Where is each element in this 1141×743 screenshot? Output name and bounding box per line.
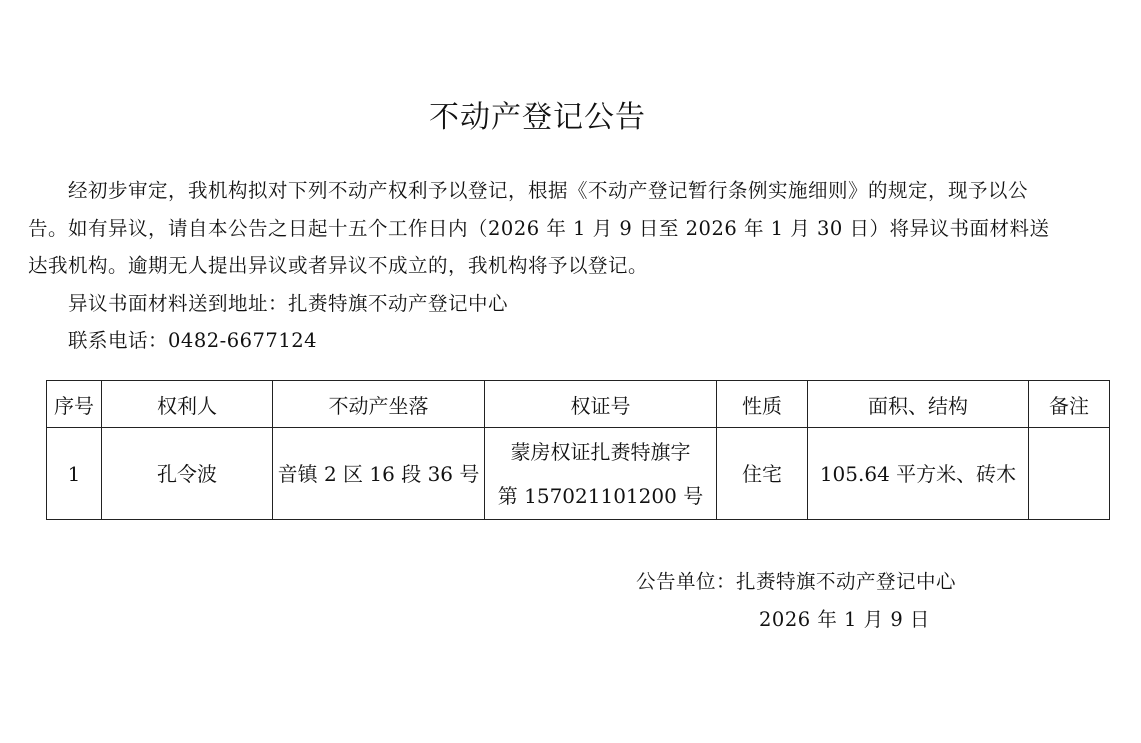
objection-address: 异议书面材料送到地址：扎赉特旗不动产登记中心 (68, 288, 508, 316)
cell-cert-number: 蒙房权证扎赉特旗字 第 157021101200 号 (485, 428, 717, 520)
header-location: 不动产坐落 (273, 381, 485, 428)
cert-line-1: 蒙房权证扎赉特旗字 (485, 430, 716, 474)
table-header-row: 序号 权利人 不动产坐落 权证号 性质 面积、结构 备注 (47, 381, 1110, 428)
issue-date: 2026 年 1 月 9 日 (759, 604, 930, 632)
header-cert-number: 权证号 (485, 381, 717, 428)
header-owner: 权利人 (102, 381, 273, 428)
cell-index: 1 (47, 428, 102, 520)
registration-table: 序号 权利人 不动产坐落 权证号 性质 面积、结构 备注 1 孔令波 音镇 2 … (46, 380, 1110, 520)
cell-location: 音镇 2 区 16 段 36 号 (273, 428, 485, 520)
cell-nature: 住宅 (717, 428, 808, 520)
header-remarks: 备注 (1029, 381, 1110, 428)
table-row: 1 孔令波 音镇 2 区 16 段 36 号 蒙房权证扎赉特旗字 第 15702… (47, 428, 1110, 520)
notice-paragraph: 经初步审定，我机构拟对下列不动产权利予以登记，根据《不动产登记暂行条例实施细则》… (28, 172, 1058, 285)
header-index: 序号 (47, 381, 102, 428)
cert-line-2: 第 157021101200 号 (485, 474, 716, 518)
issuing-unit: 公告单位：扎赉特旗不动产登记中心 (636, 566, 956, 594)
cell-area-structure: 105.64 平方米、砖木 (808, 428, 1029, 520)
header-nature: 性质 (717, 381, 808, 428)
cell-owner: 孔令波 (102, 428, 273, 520)
cell-remarks (1029, 428, 1110, 520)
contact-phone: 联系电话：0482-6677124 (68, 325, 317, 353)
page-title: 不动产登记公告 (0, 92, 1075, 136)
header-area-structure: 面积、结构 (808, 381, 1029, 428)
